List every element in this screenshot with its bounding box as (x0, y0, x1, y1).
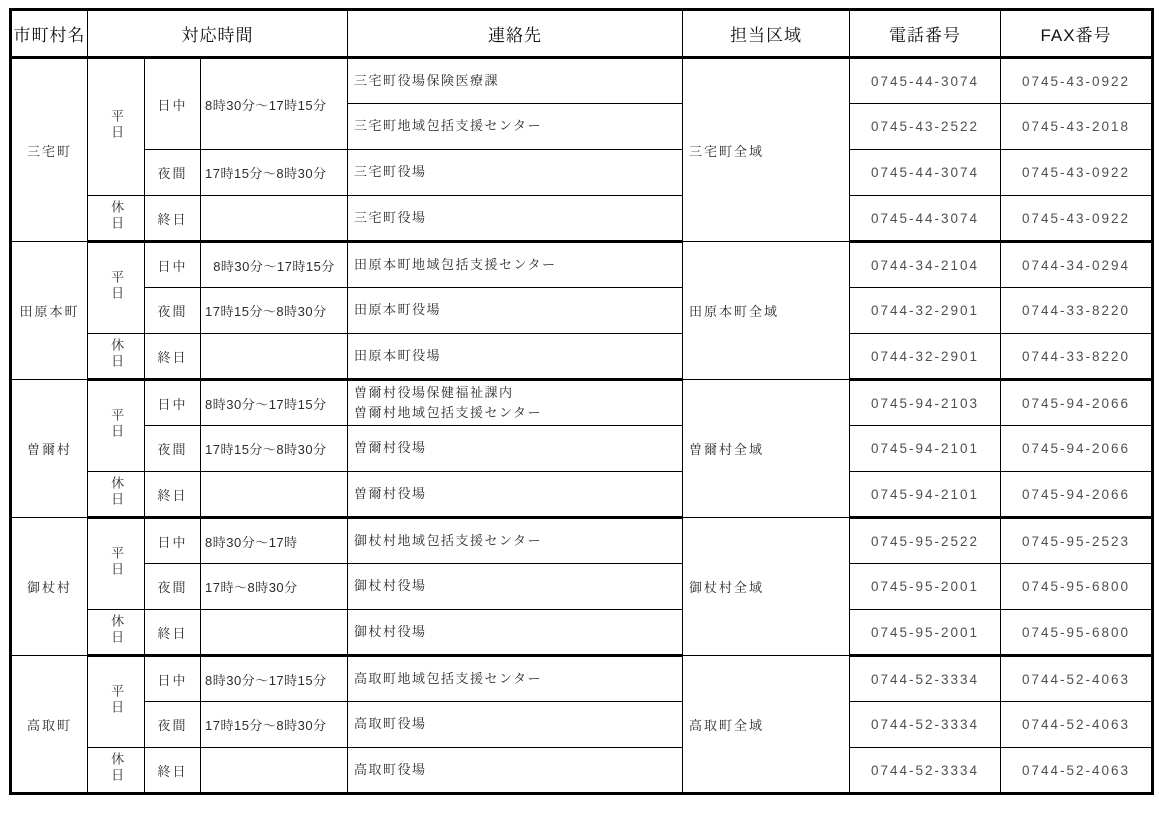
day-type-label: 休日 (109, 200, 123, 232)
day-type-cell: 平日 (88, 242, 145, 334)
phone-cell: 0745-95-2001 (850, 564, 1001, 610)
period-cell: 夜間 (145, 150, 201, 196)
phone-cell: 0745-94-2103 (850, 380, 1001, 426)
period-cell: 日中 (145, 58, 201, 150)
table-row: 曽爾村 平日 日中 8時30分〜17時15分 曽爾村役場保健福祉課内 曽爾村地域… (11, 380, 1153, 426)
period-cell: 終日 (145, 748, 201, 794)
period-cell: 夜間 (145, 288, 201, 334)
day-type-cell: 休日 (88, 472, 145, 518)
time-cell: 8時30分〜17時15分 (201, 380, 348, 426)
fax-cell: 0744-33-8220 (1001, 288, 1153, 334)
header-hours: 対応時間 (88, 10, 348, 58)
fax-cell: 0745-94-2066 (1001, 472, 1153, 518)
time-cell: 17時15分〜8時30分 (201, 426, 348, 472)
contact-cell: 高取町役場 (348, 702, 683, 748)
header-fax: FAX番号 (1001, 10, 1153, 58)
period-cell: 日中 (145, 656, 201, 702)
table-row: 休日 終日 曽爾村役場 0745-94-2101 0745-94-2066 (11, 472, 1153, 518)
period-cell: 夜間 (145, 564, 201, 610)
period-cell: 夜間 (145, 426, 201, 472)
table-row: 夜間 17時15分〜8時30分 三宅町役場 0745-44-3074 0745-… (11, 150, 1153, 196)
header-contact: 連絡先 (348, 10, 683, 58)
fax-cell: 0745-94-2066 (1001, 380, 1153, 426)
contact-cell: 田原本町地域包括支援センター (348, 242, 683, 288)
phone-cell: 0745-95-2001 (850, 610, 1001, 656)
time-cell: 17時〜8時30分 (201, 564, 348, 610)
header-municipality: 市町村名 (11, 10, 88, 58)
contact-cell: 高取町地域包括支援センター (348, 656, 683, 702)
fax-cell: 0744-52-4063 (1001, 656, 1153, 702)
time-cell: 17時15分〜8時30分 (201, 150, 348, 196)
contact-cell: 三宅町役場 (348, 150, 683, 196)
fax-cell: 0745-94-2066 (1001, 426, 1153, 472)
contact-cell: 三宅町役場 (348, 196, 683, 242)
time-cell: 8時30分〜17時 (201, 518, 348, 564)
phone-cell: 0744-32-2901 (850, 288, 1001, 334)
time-cell: 8時30分〜17時15分 (201, 242, 348, 288)
time-cell: 17時15分〜8時30分 (201, 702, 348, 748)
area-cell: 高取町全域 (683, 656, 850, 794)
time-cell (201, 196, 348, 242)
municipality-cell: 御杖村 (11, 518, 88, 656)
fax-cell: 0745-43-0922 (1001, 58, 1153, 104)
day-type-cell: 休日 (88, 748, 145, 794)
contact-cell: 三宅町役場保険医療課 (348, 58, 683, 104)
table-row: 休日 終日 高取町役場 0744-52-3334 0744-52-4063 (11, 748, 1153, 794)
table-row: 夜間 17時15分〜8時30分 曽爾村役場 0745-94-2101 0745-… (11, 426, 1153, 472)
time-cell: 8時30分〜17時15分 (201, 656, 348, 702)
day-type-label: 平日 (109, 109, 123, 141)
contact-cell: 御杖村役場 (348, 610, 683, 656)
time-cell (201, 610, 348, 656)
contact-cell: 曽爾村役場 (348, 472, 683, 518)
area-cell: 三宅町全域 (683, 58, 850, 242)
day-type-label: 休日 (109, 752, 123, 784)
phone-cell: 0745-44-3074 (850, 196, 1001, 242)
contact-cell: 御杖村役場 (348, 564, 683, 610)
table-row: 夜間 17時15分〜8時30分 高取町役場 0744-52-3334 0744-… (11, 702, 1153, 748)
municipality-cell: 三宅町 (11, 58, 88, 242)
table-row: 三宅町 平日 日中 8時30分〜17時15分 三宅町役場保険医療課 三宅町全域 … (11, 58, 1153, 104)
period-cell: 終日 (145, 196, 201, 242)
table-row: 御杖村 平日 日中 8時30分〜17時 御杖村地域包括支援センター 御杖村全域 … (11, 518, 1153, 564)
table-row: 夜間 17時15分〜8時30分 田原本町役場 0744-32-2901 0744… (11, 288, 1153, 334)
time-cell (201, 334, 348, 380)
fax-cell: 0744-52-4063 (1001, 702, 1153, 748)
time-cell (201, 472, 348, 518)
time-cell: 8時30分〜17時15分 (201, 58, 348, 150)
fax-cell: 0745-43-0922 (1001, 196, 1153, 242)
fax-cell: 0744-33-8220 (1001, 334, 1153, 380)
phone-cell: 0744-52-3334 (850, 656, 1001, 702)
contact-cell: 三宅町地域包括支援センター (348, 104, 683, 150)
fax-cell: 0744-52-4063 (1001, 748, 1153, 794)
day-type-label: 休日 (109, 338, 123, 370)
fax-cell: 0745-95-2523 (1001, 518, 1153, 564)
day-type-label: 休日 (109, 614, 123, 646)
phone-cell: 0745-44-3074 (850, 150, 1001, 196)
phone-cell: 0744-52-3334 (850, 748, 1001, 794)
municipality-cell: 田原本町 (11, 242, 88, 380)
day-type-cell: 休日 (88, 196, 145, 242)
time-cell (201, 748, 348, 794)
area-cell: 田原本町全域 (683, 242, 850, 380)
day-type-label: 休日 (109, 476, 123, 508)
day-type-cell: 平日 (88, 58, 145, 196)
period-cell: 日中 (145, 242, 201, 288)
fax-cell: 0745-43-2018 (1001, 104, 1153, 150)
phone-cell: 0744-32-2901 (850, 334, 1001, 380)
phone-cell: 0745-94-2101 (850, 426, 1001, 472)
table-row: 休日 終日 田原本町役場 0744-32-2901 0744-33-8220 (11, 334, 1153, 380)
contact-cell: 曽爾村役場 (348, 426, 683, 472)
day-type-cell: 休日 (88, 334, 145, 380)
period-cell: 日中 (145, 518, 201, 564)
municipality-cell: 高取町 (11, 656, 88, 794)
table-row: 夜間 17時〜8時30分 御杖村役場 0745-95-2001 0745-95-… (11, 564, 1153, 610)
day-type-cell: 休日 (88, 610, 145, 656)
period-cell: 夜間 (145, 702, 201, 748)
day-type-label: 平日 (109, 408, 123, 440)
contact-cell: 曽爾村役場保健福祉課内 曽爾村地域包括支援センター (348, 380, 683, 426)
table-row: 休日 終日 三宅町役場 0745-44-3074 0745-43-0922 (11, 196, 1153, 242)
phone-cell: 0745-43-2522 (850, 104, 1001, 150)
contact-cell: 御杖村地域包括支援センター (348, 518, 683, 564)
day-type-cell: 平日 (88, 656, 145, 748)
area-cell: 曽爾村全域 (683, 380, 850, 518)
contact-cell: 田原本町役場 (348, 288, 683, 334)
period-cell: 終日 (145, 334, 201, 380)
period-cell: 終日 (145, 472, 201, 518)
municipal-contact-table: 市町村名 対応時間 連絡先 担当区域 電話番号 FAX番号 三宅町 平日 日中 … (9, 8, 1154, 795)
day-type-label: 平日 (109, 546, 123, 578)
table-row: 田原本町 平日 日中 8時30分〜17時15分 田原本町地域包括支援センター 田… (11, 242, 1153, 288)
phone-cell: 0744-34-2104 (850, 242, 1001, 288)
header-area: 担当区域 (683, 10, 850, 58)
area-cell: 御杖村全域 (683, 518, 850, 656)
day-type-cell: 平日 (88, 518, 145, 610)
table-row: 高取町 平日 日中 8時30分〜17時15分 高取町地域包括支援センター 高取町… (11, 656, 1153, 702)
fax-cell: 0745-43-0922 (1001, 150, 1153, 196)
fax-cell: 0745-95-6800 (1001, 564, 1153, 610)
contact-cell: 高取町役場 (348, 748, 683, 794)
period-cell: 日中 (145, 380, 201, 426)
phone-cell: 0745-94-2101 (850, 472, 1001, 518)
phone-cell: 0745-95-2522 (850, 518, 1001, 564)
fax-cell: 0745-95-6800 (1001, 610, 1153, 656)
header-phone: 電話番号 (850, 10, 1001, 58)
table-row: 休日 終日 御杖村役場 0745-95-2001 0745-95-6800 (11, 610, 1153, 656)
day-type-label: 平日 (109, 270, 123, 302)
municipality-cell: 曽爾村 (11, 380, 88, 518)
day-type-cell: 平日 (88, 380, 145, 472)
fax-cell: 0744-34-0294 (1001, 242, 1153, 288)
period-cell: 終日 (145, 610, 201, 656)
header-row: 市町村名 対応時間 連絡先 担当区域 電話番号 FAX番号 (11, 10, 1153, 58)
phone-cell: 0744-52-3334 (850, 702, 1001, 748)
document-page: 市町村名 対応時間 連絡先 担当区域 電話番号 FAX番号 三宅町 平日 日中 … (0, 0, 1159, 834)
contact-cell: 田原本町役場 (348, 334, 683, 380)
day-type-label: 平日 (109, 684, 123, 716)
phone-cell: 0745-44-3074 (850, 58, 1001, 104)
time-cell: 17時15分〜8時30分 (201, 288, 348, 334)
